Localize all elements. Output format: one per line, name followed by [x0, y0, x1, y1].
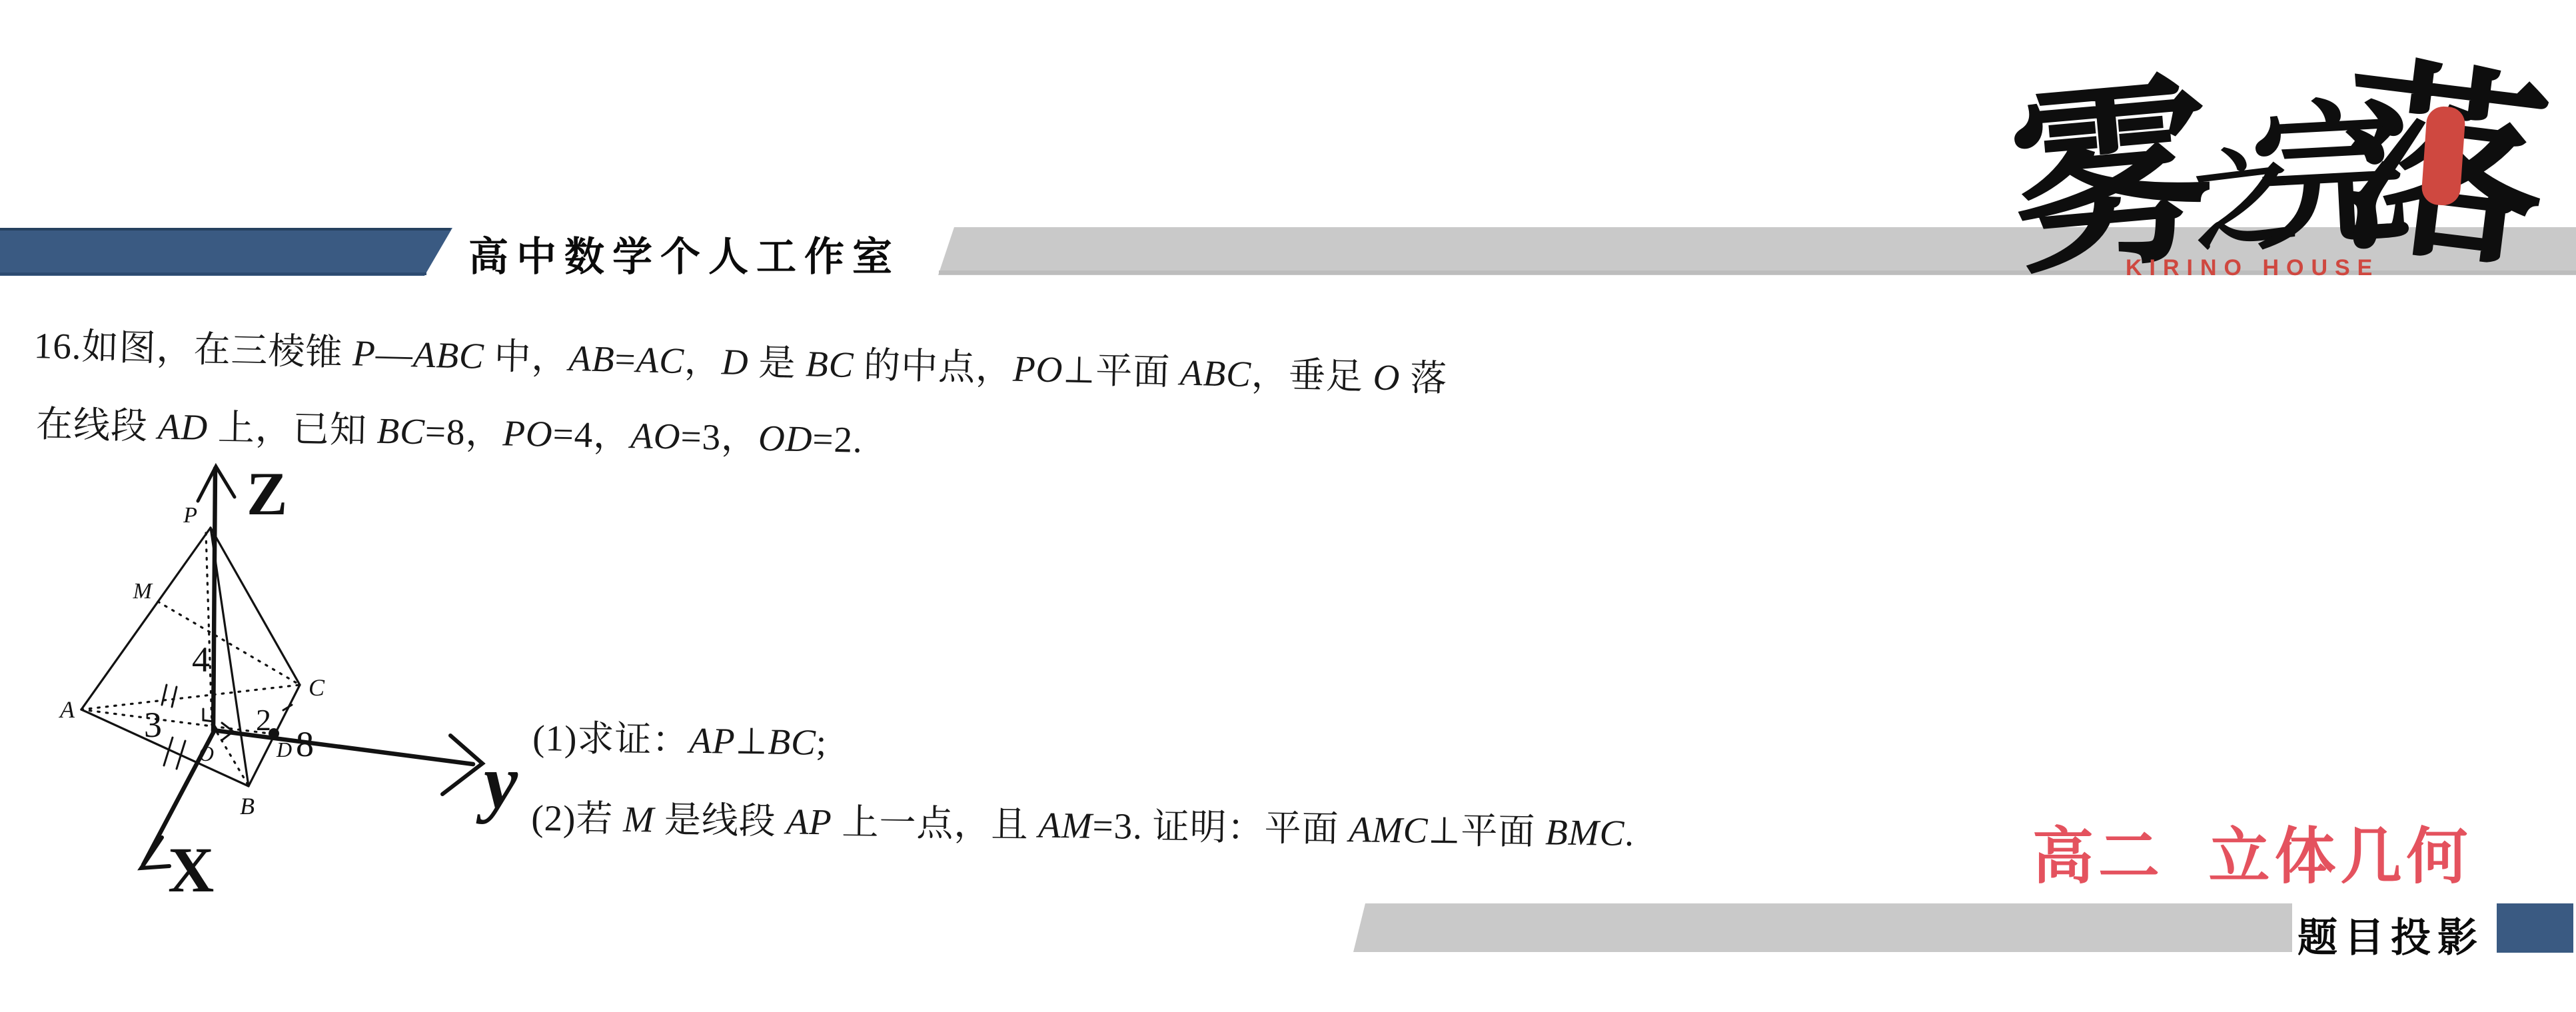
z-axis-label: Z — [247, 460, 287, 528]
problem-part-1: (1)求证：AP⊥BC; — [532, 708, 828, 765]
footer-gray-bar — [1353, 903, 2292, 952]
measure-PO-4: 4 — [192, 640, 210, 680]
label-C: C — [309, 674, 325, 701]
measure-8: 8 — [296, 724, 314, 764]
course-tag: 高二 立体几何 — [2032, 807, 2473, 895]
footer-blue-block — [2497, 903, 2573, 953]
y-axis — [213, 730, 482, 794]
header-blue-bar — [0, 228, 452, 276]
y-axis-label: y — [476, 740, 518, 824]
problem-slide: 高中数学个人工作室 雾 之 完 落 KIRINO HOUSE 16.如图，在三棱… — [0, 0, 2576, 1012]
label-A: A — [59, 696, 75, 723]
label-B: B — [240, 793, 255, 819]
solid-edges — [81, 528, 300, 786]
label-P: P — [183, 503, 197, 528]
measure-OD-2: 2 — [256, 703, 271, 737]
logo-subtitle: KIRINO HOUSE — [2126, 255, 2379, 281]
tick-AC — [162, 685, 177, 707]
label-O: O — [199, 742, 214, 765]
edge-AP — [81, 528, 211, 710]
label-D: D — [276, 738, 292, 761]
dotted-edges — [81, 533, 300, 783]
studio-title: 高中数学个人工作室 — [468, 225, 900, 282]
measure-AO-3: 3 — [144, 705, 162, 745]
x-axis-label: X — [168, 834, 214, 905]
geometry-figure: P M A C B D O 4 3 2 8 Z y X — [53, 445, 573, 925]
edge-PB — [211, 528, 249, 786]
edge-MC — [158, 602, 300, 685]
brand-logo: 雾 之 完 落 KIRINO HOUSE — [1972, 40, 2525, 306]
logo-red-seal-icon — [2421, 105, 2466, 207]
label-M: M — [133, 579, 153, 604]
edge-PC — [211, 528, 300, 685]
footer-bar-label: 题目投影 — [2297, 906, 2484, 963]
z-axis — [198, 466, 235, 733]
